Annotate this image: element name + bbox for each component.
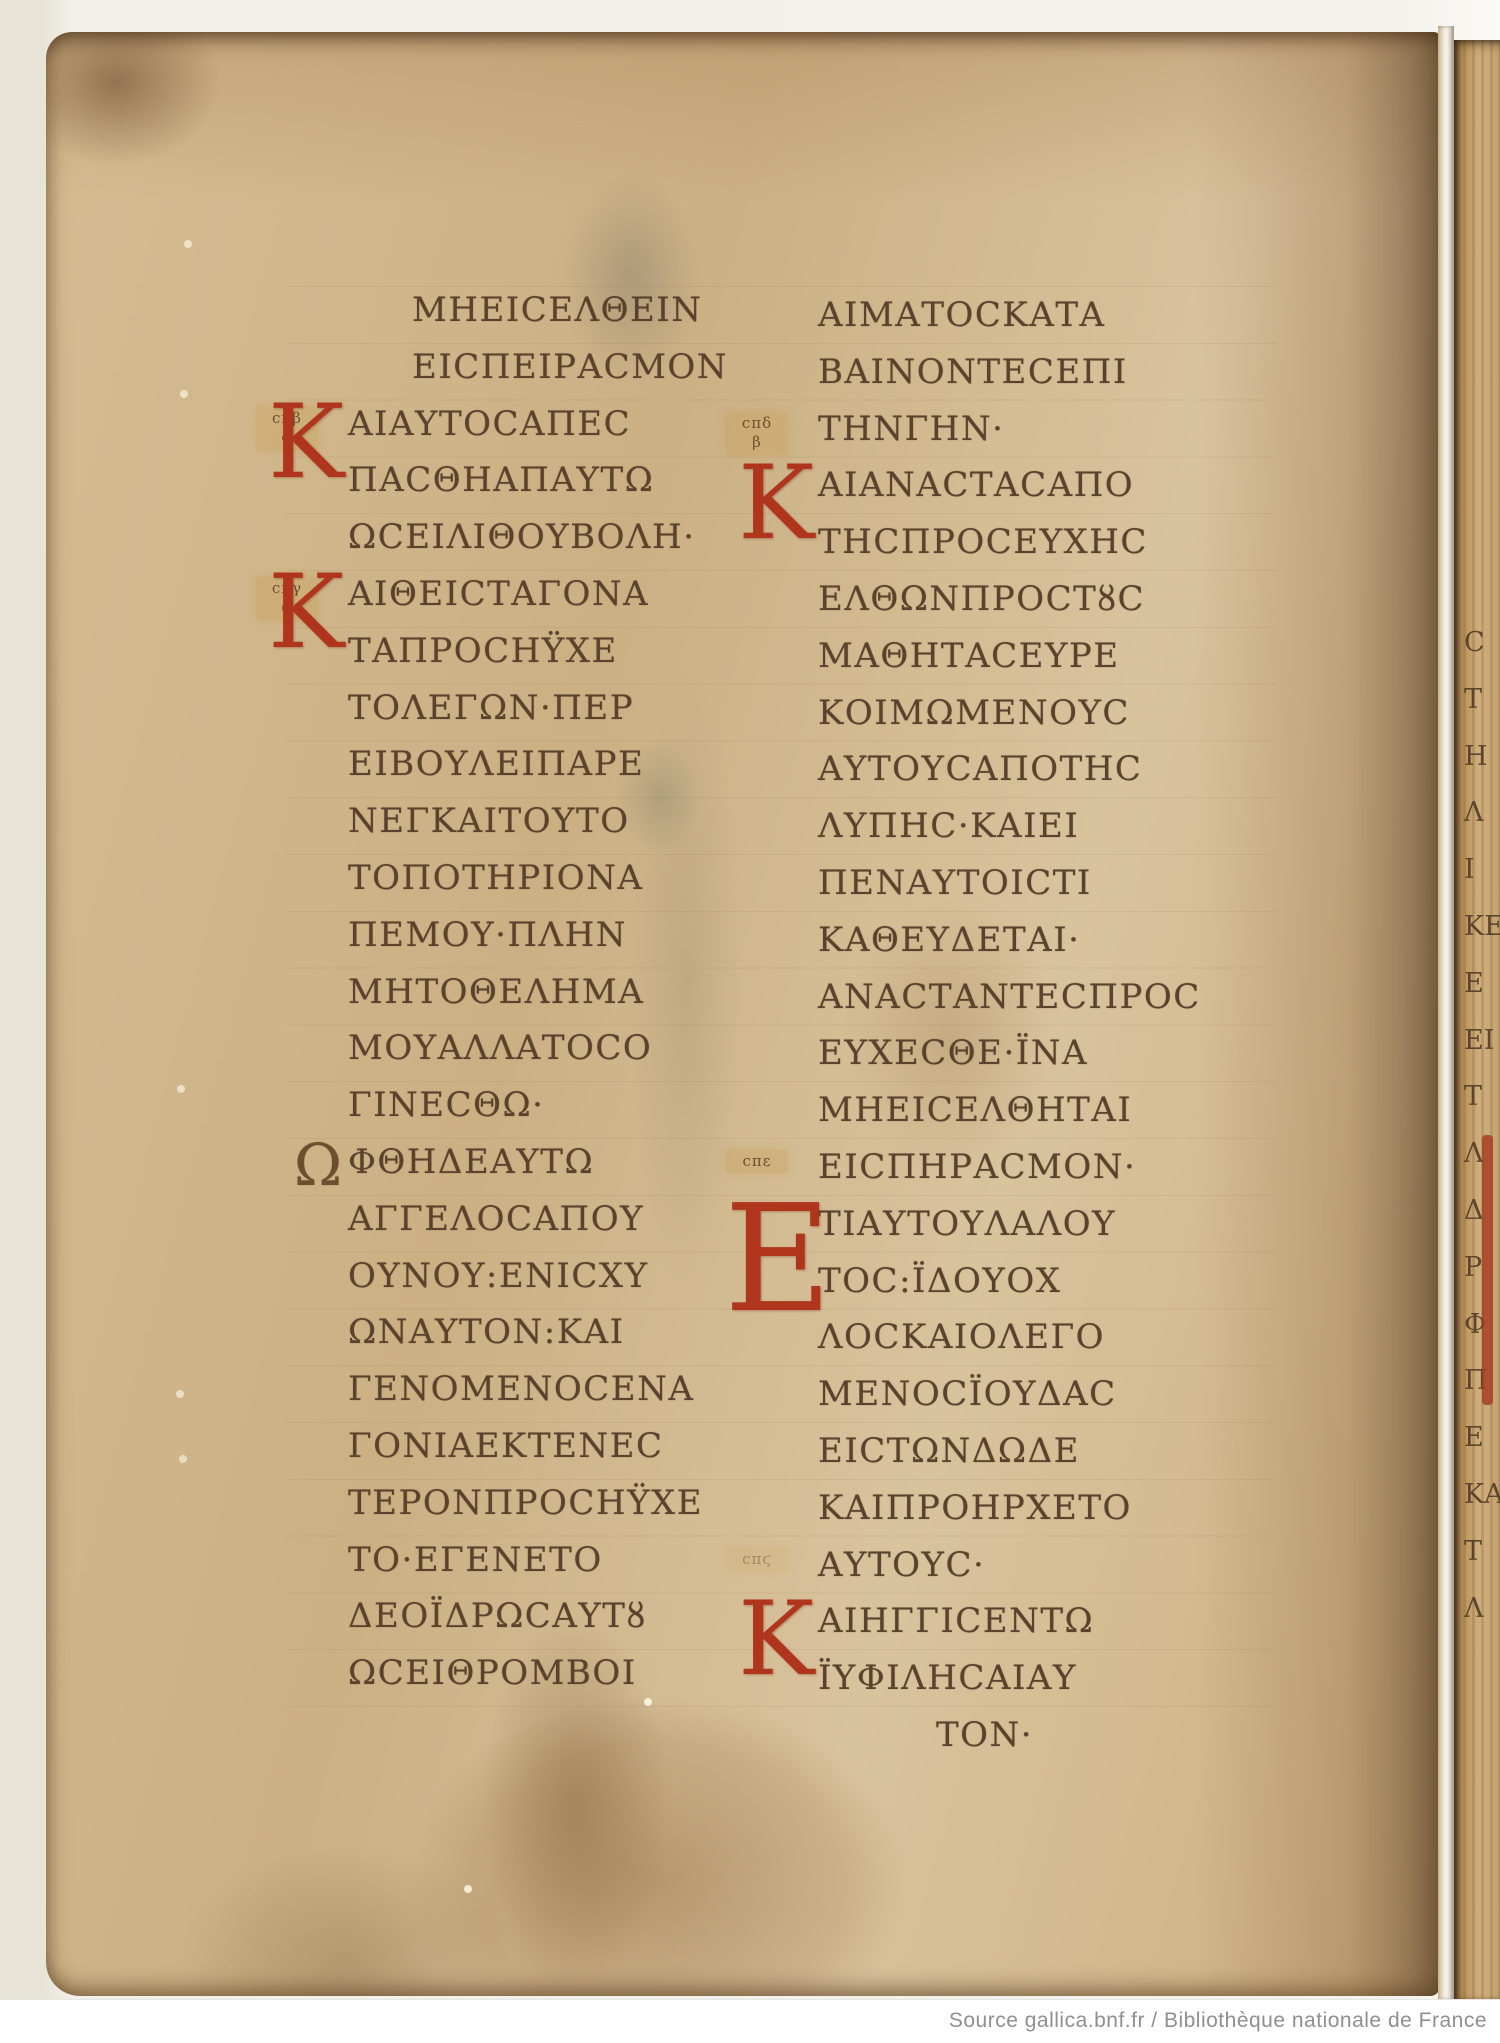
text-line: ΟΥΝΟΥ:ΕΝΙϹΧΥ: [348, 1251, 728, 1308]
manuscript-text: ΤΟΝ·: [936, 1710, 1033, 1752]
manuscript-text: ΩϹΕΙΘΡΟΜΒΟΙ: [348, 1648, 637, 1690]
manuscript-text: ΤΙΑΥΤΟΥΛΑΛΟΥ: [818, 1199, 1116, 1241]
manuscript-text: ΪΥΦΙΛΗϹΑΙΑΥ: [818, 1653, 1077, 1695]
initial-letter: Κ: [738, 1594, 816, 1686]
manuscript-text: ΤΟΛΕΓΩΝ·ΠΕΡ: [348, 683, 634, 725]
manuscript-text: ΑΝΑϹΤΑΝΤΕϹΠΡΟϹ: [818, 972, 1201, 1014]
manuscript-text: ΒΑΙΝΟΝΤΕϹΕΠΙ: [818, 347, 1128, 389]
text-line: ΤΕΡΟΝΠΡΟϹΗΫΧΕ: [348, 1478, 728, 1535]
text-line: ΠΕΝΑΥΤΟΙϹΤΙ: [818, 858, 1201, 915]
manuscript-text: ΠΑϹΘΗΑΠΑΥΤΩ: [348, 455, 654, 497]
gutter-shading: [1196, 32, 1440, 1996]
text-line: ΤΟΠΟΤΗΡΙΟΝΑ: [348, 853, 728, 910]
manuscript-text: ΜΑΘΗΤΑϹΕΥΡΕ: [818, 631, 1120, 673]
adjacent-page-sliver: Ϲ Τ Η Λ Ι ΚΕ Ε ΕΙ Τ Λ Δ Ρ Φ Π Ε ΚΑ Τ Λ: [1454, 40, 1500, 2000]
text-line: ΜΗΤΟΘΕΛΗΜΑ: [348, 967, 728, 1024]
margin-section-number: ϲπε: [726, 1150, 788, 1174]
manuscript-text: ΑΙΑΥΤΟϹΑΠΕϹ: [348, 399, 631, 441]
manuscript-text: ΛΟϹΚΑΙΟΛΕΓΟ: [818, 1312, 1105, 1354]
text-line: ΚΑΙΗΓΓΙϹΕΝΤΩ: [818, 1596, 1201, 1653]
manuscript-text: ΜΗΤΟΘΕΛΗΜΑ: [348, 967, 644, 1009]
manuscript-text: ΤΗΝΓΗΝ·: [818, 404, 1004, 446]
text-line: ΤΗϹΠΡΟϹΕΥΧΗϹ: [818, 517, 1201, 574]
text-line: ΩΝΑΥΤΟΝ:ΚΑΙ: [348, 1307, 728, 1364]
text-line: ΜΟΥΑΛΛΑΤΟϹΟ: [348, 1023, 728, 1080]
text-line: ΤΟϹ:ΪΔΟΥΟΧ: [818, 1256, 1201, 1313]
text-line: ΤΑΠΡΟϹΗΫΧΕ: [348, 626, 728, 683]
manuscript-page: ΜΗΕΙϹΕΛΘΕΙΝΕΙϹΠΕΙΡΑϹΜΟΝϲπβ ᾱΚΑΙΑΥΤΟϹΑΠΕϹ…: [46, 32, 1440, 1996]
text-line: ΤΟΝ·: [818, 1710, 1201, 1767]
text-line: ΩϹΕΙΘΡΟΜΒΟΙ: [348, 1648, 728, 1705]
text-line: ΛΟϹΚΑΙΟΛΕΓΟ: [818, 1312, 1201, 1369]
manuscript-text: ΕΛΘΩΝΠΡΟϹΤȣϹ: [818, 574, 1145, 616]
text-line: ϲπδ βΤΗΝΓΗΝ·: [818, 404, 1201, 461]
adjacent-page-text-fragment: Ϲ Τ Η Λ Ι ΚΕ Ε ΕΙ Τ Λ Δ Ρ Φ Π Ε ΚΑ Τ Λ: [1464, 615, 1500, 1637]
text-line: ΚΑΙΠΡΟΗΡΧΕΤΟ: [818, 1483, 1201, 1540]
text-line: ΜΗΕΙϹΕΛΘΗΤΑΙ: [818, 1085, 1201, 1142]
initial-letter: Ω: [294, 1139, 344, 1191]
manuscript-text: ΑΓΓΕΛΟϹΑΠΟΥ: [348, 1194, 644, 1236]
manuscript-text: ΕΙϹΤΩΝΔΩΔΕ: [818, 1426, 1080, 1468]
text-line: ΜΑΘΗΤΑϹΕΥΡΕ: [818, 631, 1201, 688]
manuscript-text: ΑΙΑΝΑϹΤΑϹΑΠΟ: [818, 460, 1134, 502]
manuscript-text: ΔΕΟΪΔΡΩϹΑΥΤȣ: [348, 1591, 647, 1633]
text-line: ΓΙΝΕϹΘΩ·: [348, 1080, 728, 1137]
text-line: ΑΝΑϹΤΑΝΤΕϹΠΡΟϹ: [818, 972, 1201, 1029]
text-line: ΓΟΝΙΑΕΚΤΕΝΕϹ: [348, 1421, 728, 1478]
text-column-right: ΑΙΜΑΤΟϹΚΑΤΑΒΑΙΝΟΝΤΕϹΕΠΙϲπδ βΤΗΝΓΗΝ·ΚΑΙΑΝ…: [818, 290, 1201, 1767]
text-line: ΤΟ·ΕΓΕΝΕΤΟ: [348, 1535, 728, 1592]
manuscript-text: ΤΑΠΡΟϹΗΫΧΕ: [348, 626, 618, 668]
manuscript-text: ΦΘΗΔΕΑΥΤΩ: [348, 1137, 594, 1179]
text-line: ΤΟΛΕΓΩΝ·ΠΕΡ: [348, 683, 728, 740]
manuscript-text: ΜΕΝΟϹΪΟΥΔΑϹ: [818, 1369, 1117, 1411]
manuscript-text: ΑΙΘΕΙϹΤΑΓΟΝΑ: [348, 569, 649, 611]
text-line: ΜΕΝΟϹΪΟΥΔΑϹ: [818, 1369, 1201, 1426]
manuscript-text: ΕΥΧΕϹΘΕ·ΪΝΑ: [818, 1028, 1088, 1070]
text-line: ΩΦΘΗΔΕΑΥΤΩ: [348, 1137, 728, 1194]
margin-section-number: ϲπϛ: [726, 1548, 788, 1572]
text-line: ΠΑϹΘΗΑΠΑΥΤΩ: [348, 455, 728, 512]
initial-letter: Κ: [268, 397, 346, 489]
text-line: ΑΙΜΑΤΟϹΚΑΤΑ: [818, 290, 1201, 347]
manuscript-text: ΚΑΘΕΥΔΕΤΑΙ·: [818, 915, 1080, 957]
text-line: ΩϹΕΙΛΙΘΟΥΒΟΛΗ·: [348, 512, 728, 569]
text-line: ΪΥΦΙΛΗϹΑΙΑΥ: [818, 1653, 1201, 1710]
text-line: ΑΥΤΟΥϹΑΠΟΤΗϹ: [818, 744, 1201, 801]
page-edge-sliver: [1438, 26, 1454, 2000]
text-line: ΕΙϹΠΕΙΡΑϹΜΟΝ: [348, 342, 728, 399]
initial-letter: Κ: [268, 567, 346, 659]
attribution-text: Source gallica.bnf.fr / Bibliothèque nat…: [949, 2000, 1487, 2043]
manuscript-text: ΜΟΥΑΛΛΑΤΟϹΟ: [348, 1023, 652, 1065]
text-line: ϲπεΕΙϹΠΗΡΑϹΜΟΝ·: [818, 1142, 1201, 1199]
text-line: ΚΑΙΑΝΑϹΤΑϹΑΠΟ: [818, 460, 1201, 517]
manuscript-text: ΜΗΕΙϹΕΛΘΕΙΝ: [412, 285, 702, 327]
text-line: ΚΑΘΕΥΔΕΤΑΙ·: [818, 915, 1201, 972]
parchment-pinholes: [46, 32, 50, 36]
text-line: ϲπγ ᾱΚΑΙΘΕΙϹΤΑΓΟΝΑ: [348, 569, 728, 626]
text-line: ΕΙϹΤΩΝΔΩΔΕ: [818, 1426, 1201, 1483]
text-line: ΕΥΧΕϹΘΕ·ΪΝΑ: [818, 1028, 1201, 1085]
manuscript-text: ΤΗϹΠΡΟϹΕΥΧΗϹ: [818, 517, 1148, 559]
manuscript-text: ΕΙϹΠΗΡΑϹΜΟΝ·: [818, 1142, 1136, 1184]
manuscript-text: ΕΙϹΠΕΙΡΑϹΜΟΝ: [412, 342, 728, 384]
attribution-bar: Source gallica.bnf.fr / Bibliothèque nat…: [0, 1999, 1500, 2043]
text-line: ΕΙΒΟΥΛΕΙΠΑΡΕ: [348, 739, 728, 796]
text-line: ΠΕΜΟΥ·ΠΛΗΝ: [348, 910, 728, 967]
text-line: ϲπϛΑΥΤΟΥϹ·: [818, 1540, 1201, 1597]
text-column-left: ΜΗΕΙϹΕΛΘΕΙΝΕΙϹΠΕΙΡΑϹΜΟΝϲπβ ᾱΚΑΙΑΥΤΟϹΑΠΕϹ…: [348, 285, 728, 1705]
text-line: ΜΗΕΙϹΕΛΘΕΙΝ: [348, 285, 728, 342]
manuscript-text: ΚΑΙΠΡΟΗΡΧΕΤΟ: [818, 1483, 1132, 1525]
text-line: ΔΕΟΪΔΡΩϹΑΥΤȣ: [348, 1591, 728, 1648]
text-line: ϲπβ ᾱΚΑΙΑΥΤΟϹΑΠΕϹ: [348, 399, 728, 456]
text-line: ΝΕΓΚΑΙΤΟΥΤΟ: [348, 796, 728, 853]
initial-letter: Κ: [738, 458, 816, 550]
manuscript-text: ΕΙΒΟΥΛΕΙΠΑΡΕ: [348, 739, 644, 781]
text-line: ΕΤΙΑΥΤΟΥΛΑΛΟΥ: [818, 1199, 1201, 1256]
manuscript-text: ΛΥΠΗϹ·ΚΑΙΕΙ: [818, 801, 1079, 843]
text-line: ΛΥΠΗϹ·ΚΑΙΕΙ: [818, 801, 1201, 858]
manuscript-text: ΝΕΓΚΑΙΤΟΥΤΟ: [348, 796, 630, 838]
text-line: ΓΕΝΟΜΕΝΟϹΕΝΑ: [348, 1364, 728, 1421]
text-line: ΑΓΓΕΛΟϹΑΠΟΥ: [348, 1194, 728, 1251]
manuscript-text: ΤΟ·ΕΓΕΝΕΤΟ: [348, 1535, 603, 1577]
manuscript-text: ΠΕΝΑΥΤΟΙϹΤΙ: [818, 858, 1092, 900]
adjacent-page-red-initial-fragment: [1482, 1135, 1493, 1405]
manuscript-text: ΠΕΜΟΥ·ΠΛΗΝ: [348, 910, 627, 952]
manuscript-text: ΑΙΗΓΓΙϹΕΝΤΩ: [818, 1596, 1094, 1638]
manuscript-text: ΓΙΝΕϹΘΩ·: [348, 1080, 544, 1122]
manuscript-text: ΑΙΜΑΤΟϹΚΑΤΑ: [818, 290, 1106, 332]
manuscript-text: ΩϹΕΙΛΙΘΟΥΒΟΛΗ·: [348, 512, 696, 554]
manuscript-text: ΓΕΝΟΜΕΝΟϹΕΝΑ: [348, 1364, 694, 1406]
manuscript-text: ΑΥΤΟΥϹ·: [818, 1540, 985, 1582]
initial-letter: Ε: [724, 1193, 834, 1326]
text-line: ΕΛΘΩΝΠΡΟϹΤȣϹ: [818, 574, 1201, 631]
manuscript-text: ΟΥΝΟΥ:ΕΝΙϹΧΥ: [348, 1251, 649, 1293]
text-line: ΒΑΙΝΟΝΤΕϹΕΠΙ: [818, 347, 1201, 404]
manuscript-text: ΓΟΝΙΑΕΚΤΕΝΕϹ: [348, 1421, 664, 1463]
manuscript-text: ΜΗΕΙϹΕΛΘΗΤΑΙ: [818, 1085, 1132, 1127]
manuscript-text: ΤΕΡΟΝΠΡΟϹΗΫΧΕ: [348, 1478, 703, 1520]
manuscript-text: ΚΟΙΜΩΜΕΝΟΥϹ: [818, 688, 1130, 730]
manuscript-text: ΤΟϹ:ΪΔΟΥΟΧ: [818, 1256, 1061, 1298]
scanned-image: ΜΗΕΙϹΕΛΘΕΙΝΕΙϹΠΕΙΡΑϹΜΟΝϲπβ ᾱΚΑΙΑΥΤΟϹΑΠΕϹ…: [0, 0, 1500, 2043]
manuscript-text: ΩΝΑΥΤΟΝ:ΚΑΙ: [348, 1307, 625, 1349]
manuscript-text: ΤΟΠΟΤΗΡΙΟΝΑ: [348, 853, 643, 895]
manuscript-text: ΑΥΤΟΥϹΑΠΟΤΗϹ: [818, 744, 1142, 786]
text-line: ΚΟΙΜΩΜΕΝΟΥϹ: [818, 688, 1201, 745]
